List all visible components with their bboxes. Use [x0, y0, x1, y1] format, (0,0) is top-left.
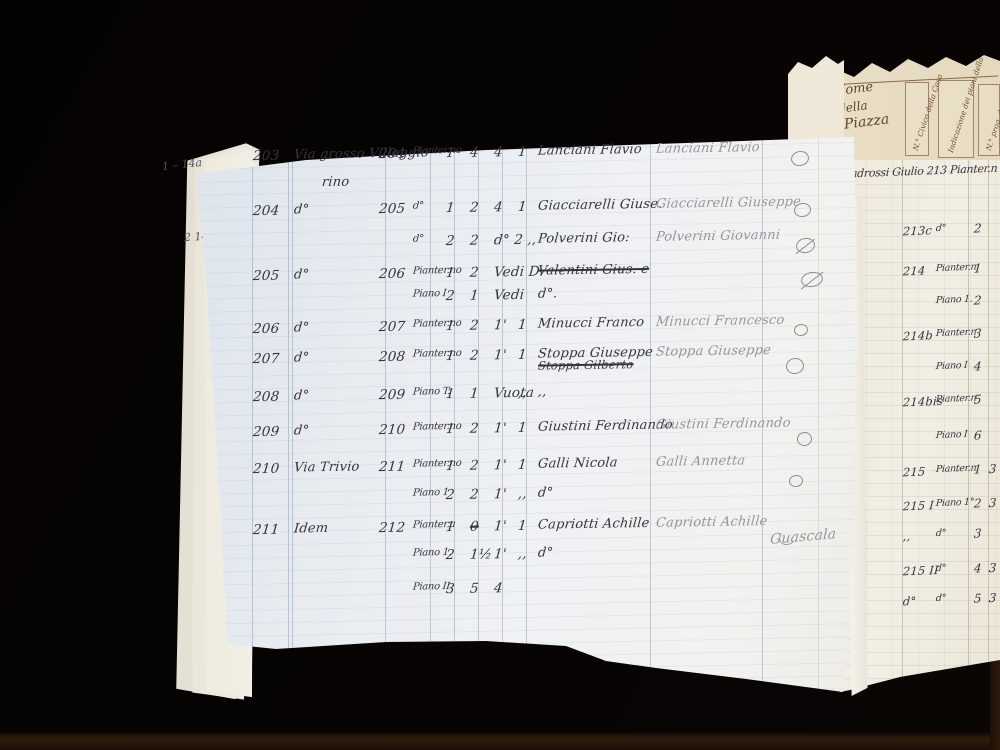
header-column-box: N.° prog. delle abitazioni	[978, 84, 1000, 156]
ledger-column-line	[430, 138, 431, 690]
header-column-box: Indicazione dei piani della Casa	[938, 80, 974, 158]
main-page	[186, 130, 862, 700]
ledger-column-line	[252, 138, 253, 690]
ledger-column-line	[526, 138, 527, 690]
photo-of-handwritten-register: adrossi Giulio 213 Pianter.n 1213cd°2214…	[0, 0, 1000, 750]
ledger-column-line	[292, 138, 293, 690]
ledger-column-line	[650, 138, 651, 690]
column-header-abitazioni: N.° prog. delle abitazioni	[984, 58, 1000, 151]
right-page-column-line	[902, 132, 903, 684]
header-title-line: Piazza	[843, 111, 890, 132]
ledger-column-line	[478, 138, 479, 690]
torn-paper-piece	[788, 52, 844, 144]
right-page-column-line	[968, 132, 969, 684]
ledger-column-line	[454, 138, 455, 690]
ledger-column-line	[818, 138, 819, 690]
right-page-column-line	[988, 132, 989, 684]
table-wood-bottom	[0, 733, 1000, 750]
ledger-column-line	[288, 138, 289, 690]
ledger-column-line	[385, 138, 386, 690]
ledger-column-line	[502, 138, 503, 690]
ledger-column-line	[762, 138, 763, 690]
header-column-box: N.° Civico della Casa	[905, 82, 929, 156]
